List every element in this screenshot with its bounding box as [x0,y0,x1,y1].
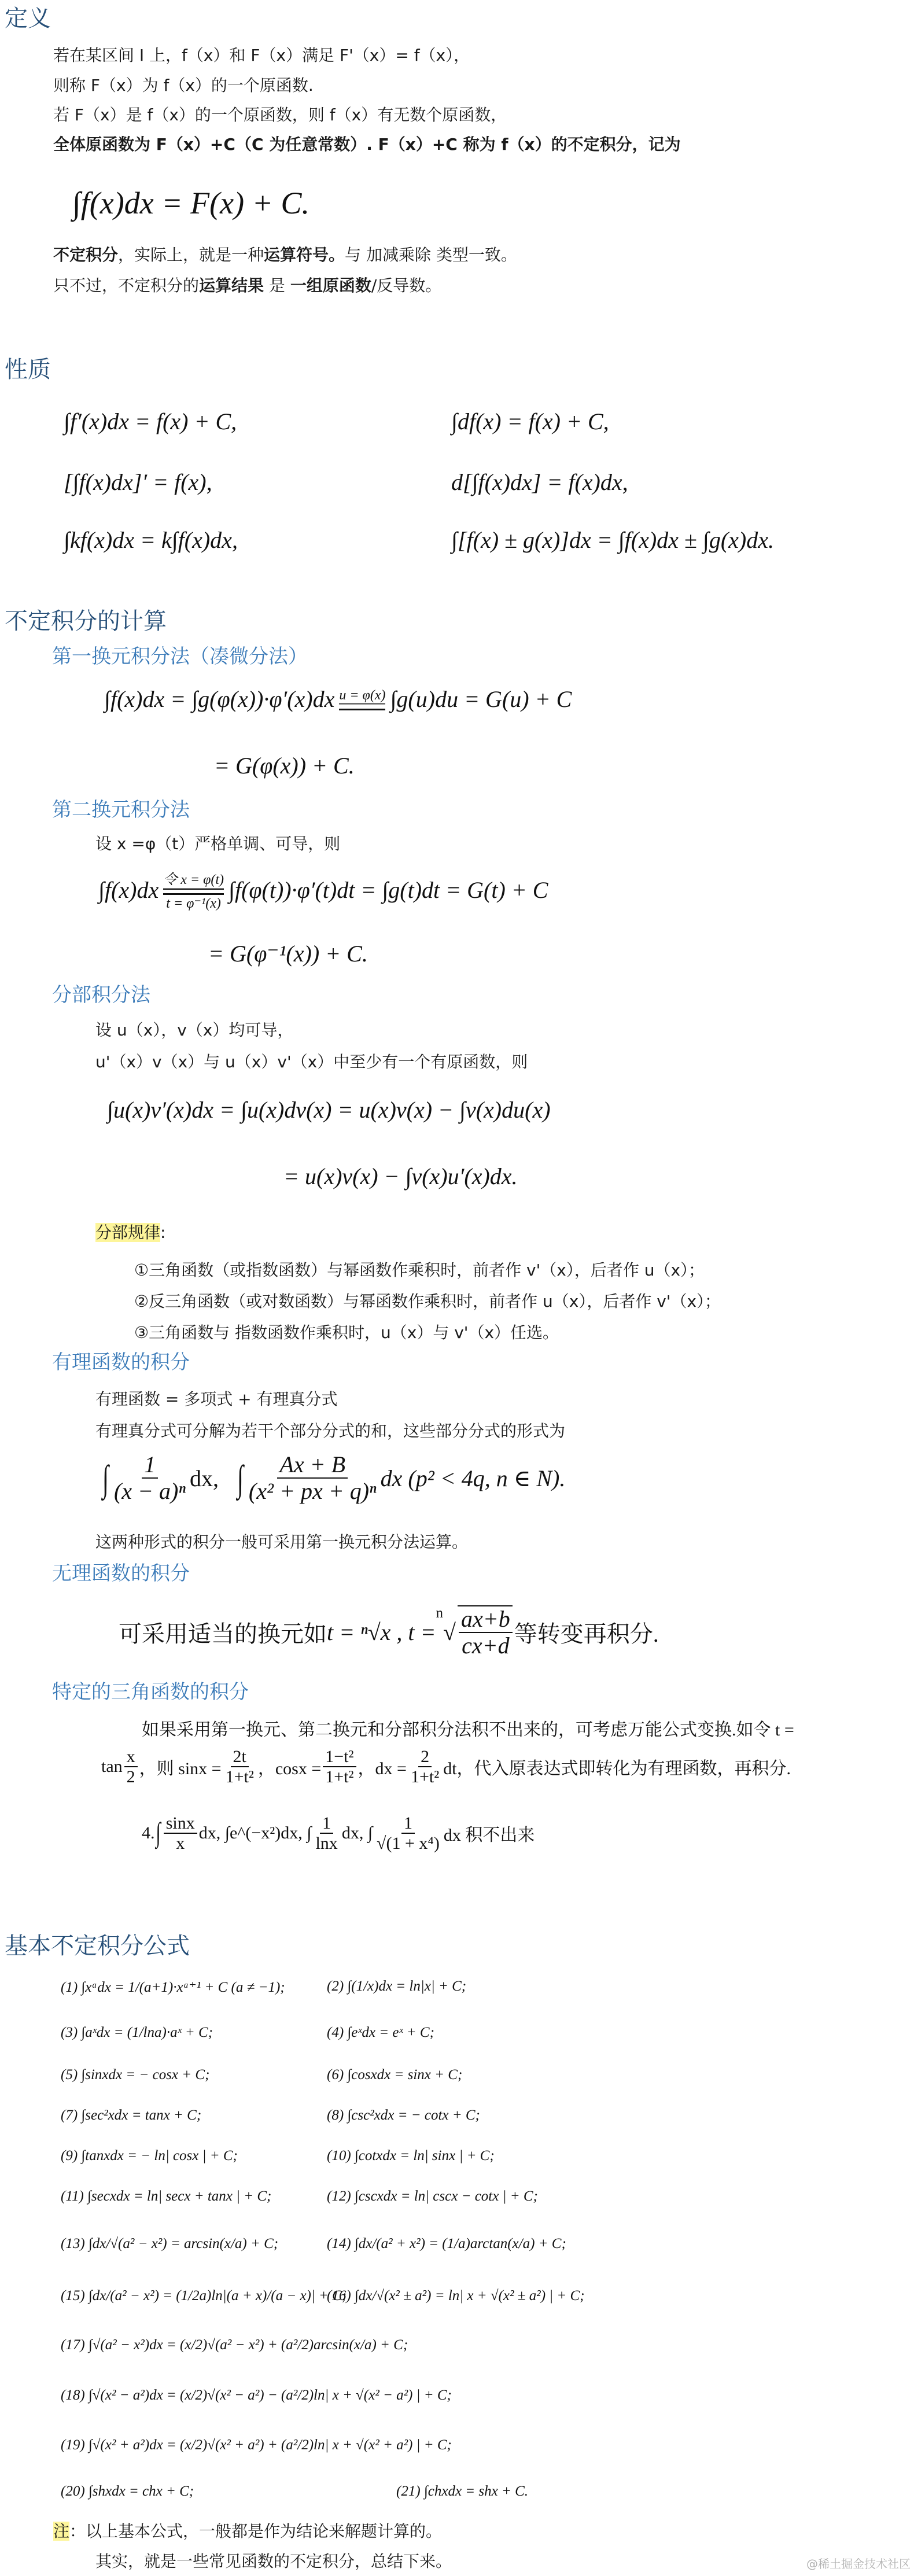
parts-intro-1: 设 u（x），v（x）均可导， [95,1018,293,1042]
note-bold-antiderivative: 一组原函数 [290,276,371,295]
heading-definition: 定义 [5,5,51,32]
numerator: 1 [401,1814,415,1834]
second-substitution-formula-1: ∫f(x)dx 令 x = φ(t) t = φ⁻¹(x) ∫f(φ(t))·φ… [98,868,548,912]
note-text: /反导数。 [371,276,441,295]
note-text: 与 加减乘除 类型一致。 [345,245,517,264]
radical-sign-icon: √ [443,1619,456,1646]
irrational-text-a: 可采用适当的换元如 [119,1616,327,1649]
fraction: sinxx [164,1814,197,1853]
highlight-note-label: 注 [53,2522,69,2541]
basic-formula-14: (14) ∫dx/(a² + x²) = (1/a)arctan(x/a) + … [327,2236,566,2252]
property-formula-4: d[∫f(x)dx] = f(x)dx, [451,469,628,496]
fraction: 21+t² [408,1747,441,1786]
parts-formula-2: = u(x)v(x) − ∫v(x)u′(x)dx. [283,1163,518,1190]
basic-formula-10: (10) ∫cotxdx = ln| sinx | + C; [327,2148,495,2164]
note-bold-indefinite-integral: 不定积分 [53,245,118,264]
basic-formula-5: (5) ∫sinxdx = − cosx + C; [61,2067,209,2083]
double-bar [163,888,224,895]
double-bar [339,703,385,710]
integral-sign-icon: ∫ [102,1456,109,1499]
basic-note-line-1: 注：以上基本公式，一般都是作为结论来解题计算的。 [53,2519,442,2544]
fraction: 2t1+t² [223,1747,256,1786]
numerator: 1−t² [323,1747,356,1767]
property-formula-2: ∫df(x) = f(x) + C, [451,408,609,435]
numerator: 2 [418,1747,432,1767]
denominator: (x − a)ⁿ [112,1479,188,1504]
denominator: (x² + px + q)ⁿ [246,1479,379,1504]
substitution-equals: 令 x = φ(t) t = φ⁻¹(x) [163,868,224,912]
basic-note-line-2: 其实，就是一些常见函数的不定积分，总结下来。 [95,2549,452,2574]
rational-formula: ∫ 1 (x − a)ⁿ dx, ∫ Ax + B (x² + px + q)ⁿ… [101,1452,565,1504]
rational-line-3: 这两种形式的积分一般可采用第一换元积分法运算。 [95,1530,468,1554]
substitution-label-top: 令 x = φ(t) [163,868,224,888]
property-formula-6: ∫[f(x) ± g(x)]dx = ∫f(x)dx ± ∫g(x)dx. [451,526,774,554]
note-text: 只不过，不定积分的 [53,276,199,295]
watermark: @稀土掘金技术社区 [806,2555,911,2571]
irrational-substitution: t = ⁿ√x , t = [327,1619,436,1646]
basic-formula-17: (17) ∫√(a² − x²)dx = (x/2)√(a² − x²) + (… [61,2337,408,2353]
basic-formula-4: (4) ∫eˣdx = eˣ + C; [327,2025,434,2041]
substitution-equals: u = φ(x) [339,688,385,710]
basic-formula-3: (3) ∫aˣdx = (1/lna)·aˣ + C; [61,2025,213,2041]
cos-label: ，cosx = [258,1754,321,1779]
parts-formula-1: ∫u(x)v′(x)dx = ∫u(x)dv(x) = u(x)v(x) − ∫… [107,1096,551,1123]
denominator: 1+t² [223,1767,256,1786]
first-substitution-formula-2: = G(φ(x)) + C. [214,752,355,779]
property-formula-5: ∫kf(x)dx = k∫f(x)dx, [64,526,238,554]
sin-label: ，则 sinx = [139,1754,222,1779]
note-text: ：以上基本公式，一般都是作为结论来解题计算的。 [69,2522,442,2541]
numerator: 1 [320,1814,333,1834]
denominator: 2 [124,1767,138,1786]
basic-formula-18: (18) ∫√(x² − a²)dx = (x/2)√(x² − a²) − (… [61,2387,452,2404]
basic-formula-7: (7) ∫sec²xdx = tanx + C; [61,2107,201,2124]
basic-formula-16: (16) ∫dx/√(x² ± a²) = ln| x + √(x² ± a²)… [327,2288,585,2304]
fraction: x2 [124,1747,138,1786]
basic-formula-8: (8) ∫csc²xdx = − cotx + C; [327,2107,480,2124]
basic-formula-6: (6) ∫cosxdx = sinx + C; [327,2067,462,2083]
rule-colon: : [160,1223,165,1242]
heading-trig-integrals: 特定的三角函数的积分 [52,1681,249,1704]
rational-line-2: 有理真分式可分解为若干个部分分式的和，这些部分分式的形式为 [95,1419,565,1443]
formula-right: ∫f(φ(t))·φ′(t)dt = ∫g(t)dt = G(t) + C [228,876,548,904]
parts-rule-3: ③三角函数与 指数函数作乘积时，u（x）与 v'（x）任选。 [134,1321,559,1345]
numerator: 2t [231,1747,249,1767]
basic-formula-15: (15) ∫dx/(a² − x²) = (1/2a)ln|(a + x)/(a… [61,2288,347,2304]
first-substitution-formula-1: ∫f(x)dx = ∫g(φ(x))·φ′(x)dx u = φ(x) ∫g(u… [104,686,572,713]
trig-paragraph-1: 如果采用第一换元、第二换元和分部积分法积不出来的，可考虑万能公式变换.如令 t … [142,1715,794,1741]
heading-first-substitution: 第一换元积分法（凑微分法） [52,645,308,669]
trig-tail: dt，代入原表达式即转化为有理函数，再积分. [443,1754,791,1779]
basic-formula-21: (21) ∫chxdx = shx + C. [396,2483,528,2500]
denominator: lnx [313,1834,340,1853]
note-bold-result: 运算结果 [199,276,264,295]
property-formula-3: [∫f(x)dx]′ = f(x), [64,469,212,496]
heading-irrational-functions: 无理函数的积分 [52,1562,190,1586]
heading-integration-by-parts: 分部积分法 [52,983,150,1007]
property-formula-1: ∫f′(x)dx = f(x) + C, [64,408,237,435]
root-index: n [436,1605,444,1621]
fraction: 1 (x − a)ⁿ [112,1452,188,1504]
trig-universal-substitution: tan x2 ，则 sinx = 2t1+t² ，cosx = 1−t²1+t²… [101,1747,791,1786]
note-bold-operator: 运算符号。 [264,245,345,264]
fraction: Ax + B (x² + px + q)ⁿ [246,1452,379,1504]
fraction-under-root: ax+b cx+d [458,1605,513,1659]
formula-right: ∫g(u)du = G(u) + C [390,686,572,713]
parts-rule-1: ①三角函数（或指数函数）与幂函数作乘积时，前者作 v'（x），后者作 u（x）； [134,1258,705,1283]
denominator: √(1 + x⁴) [374,1834,442,1853]
highlight-rule-label: 分部规律 [95,1223,160,1242]
numerator: x [124,1747,138,1767]
item-number: 4. [142,1823,155,1843]
numerator: ax+b [459,1606,513,1633]
formula-left: ∫f(x)dx [98,876,159,904]
fraction: 1lnx [313,1814,340,1853]
tan-prefix: tan [101,1757,123,1777]
basic-formula-11: (11) ∫secxdx = ln| secx + tanx | + C; [61,2188,271,2205]
basic-formula-9: (9) ∫tanxdx = − ln| cosx | + C; [61,2148,238,2164]
definition-line-2: 则称 F（x）为 f（x）的一个原函数. [53,73,314,98]
dx-label: ，dx = [358,1754,407,1779]
item4-part-b: dx, ∫e^(−x²)dx, ∫ [199,1823,312,1843]
irrational-formula: 可采用适当的换元如 t = ⁿ√x , t = n√ ax+b cx+d 等转变… [119,1605,659,1659]
second-substitution-intro: 设 x =φ（t）严格单调、可导，则 [95,832,340,856]
item4-tail: dx 积不出来 [444,1820,535,1846]
parts-rule-label: 分部规律: [95,1221,165,1245]
irrational-text-b: 等转变再积分. [514,1616,659,1649]
heading-basic-formulas: 基本不定积分公式 [5,1932,190,1960]
denominator: 1+t² [408,1767,441,1786]
basic-formula-1: (1) ∫xᵃdx = 1/(a+1)·xᵃ⁺¹ + C (a ≠ −1); [61,1978,285,1996]
rational-condition: dx (p² < 4q, n ∈ N). [381,1465,566,1492]
parts-rule-2: ②反三角函数（或对数函数）与幂函数作乘积时，前者作 u（x），后者作 v'（x）… [134,1289,721,1314]
numerator: 1 [142,1452,158,1479]
definition-line-3: 若 F（x）是 f（x）的一个原函数，则 f（x）有无数个原函数， [53,103,507,127]
basic-formula-20: (20) ∫shxdx = chx + C; [61,2483,194,2500]
definition-line-4: 全体原函数为 F（x）+C（C 为任意常数）. F（x）+C 称为 f（x）的不… [53,132,681,157]
integral-sign-icon: ∫ [156,1818,161,1849]
fraction: 1−t²1+t² [323,1747,356,1786]
item4-part-d: dx, ∫ [342,1823,373,1843]
trig-item-4: 4. ∫ sinxx dx, ∫e^(−x²)dx, ∫ 1lnx dx, ∫ … [142,1814,535,1853]
basic-formula-12: (12) ∫cscxdx = ln| cscx − cotx | + C; [327,2188,538,2205]
second-substitution-formula-2: = G(φ⁻¹(x)) + C. [208,940,368,967]
parts-intro-2: u'（x）v（x）与 u（x）v'（x）中至少有一个有原函数，则 [95,1050,528,1074]
denominator: x [174,1834,187,1853]
formula-left: ∫f(x)dx = ∫g(φ(x))·φ′(x)dx [104,686,334,713]
fraction: 1√(1 + x⁴) [374,1814,442,1853]
integral-sign-icon: ∫ [237,1456,244,1499]
definition-note-2: 只不过，不定积分的运算结果 是 一组原函数/反导数。 [53,274,441,298]
basic-formula-13: (13) ∫dx/√(a² − x²) = arcsin(x/a) + C; [61,2236,278,2252]
denominator: 1+t² [323,1767,356,1786]
dx-comma: dx, [190,1465,219,1492]
definition-formula: ∫f(x)dx = F(x) + C. [72,185,309,221]
definition-line-1: 若在某区间 I 上，f（x）和 F（x）满足 F'（x）= f（x）， [53,43,470,68]
definition-note-1: 不定积分，实际上，就是一种运算符号。与 加减乘除 类型一致。 [53,243,517,267]
heading-second-substitution: 第二换元积分法 [52,798,190,822]
denominator: cx+d [459,1633,512,1659]
heading-computation: 不定积分的计算 [5,607,167,635]
numerator: Ax + B [277,1452,348,1479]
numerator: sinx [164,1814,197,1834]
note-text: 是 [264,276,290,295]
heading-rational-functions: 有理函数的积分 [52,1351,190,1374]
note-text: ，实际上，就是一种 [118,245,264,264]
basic-formula-2: (2) ∫(1/x)dx = ln|x| + C; [327,1978,466,1995]
basic-formula-19: (19) ∫√(x² + a²)dx = (x/2)√(x² + a²) + (… [61,2437,452,2453]
heading-properties: 性质 [5,356,51,384]
rational-line-1: 有理函数 = 多项式 + 有理真分式 [95,1387,338,1412]
substitution-label: u = φ(x) [339,688,385,703]
substitution-label-bottom: t = φ⁻¹(x) [166,895,221,912]
